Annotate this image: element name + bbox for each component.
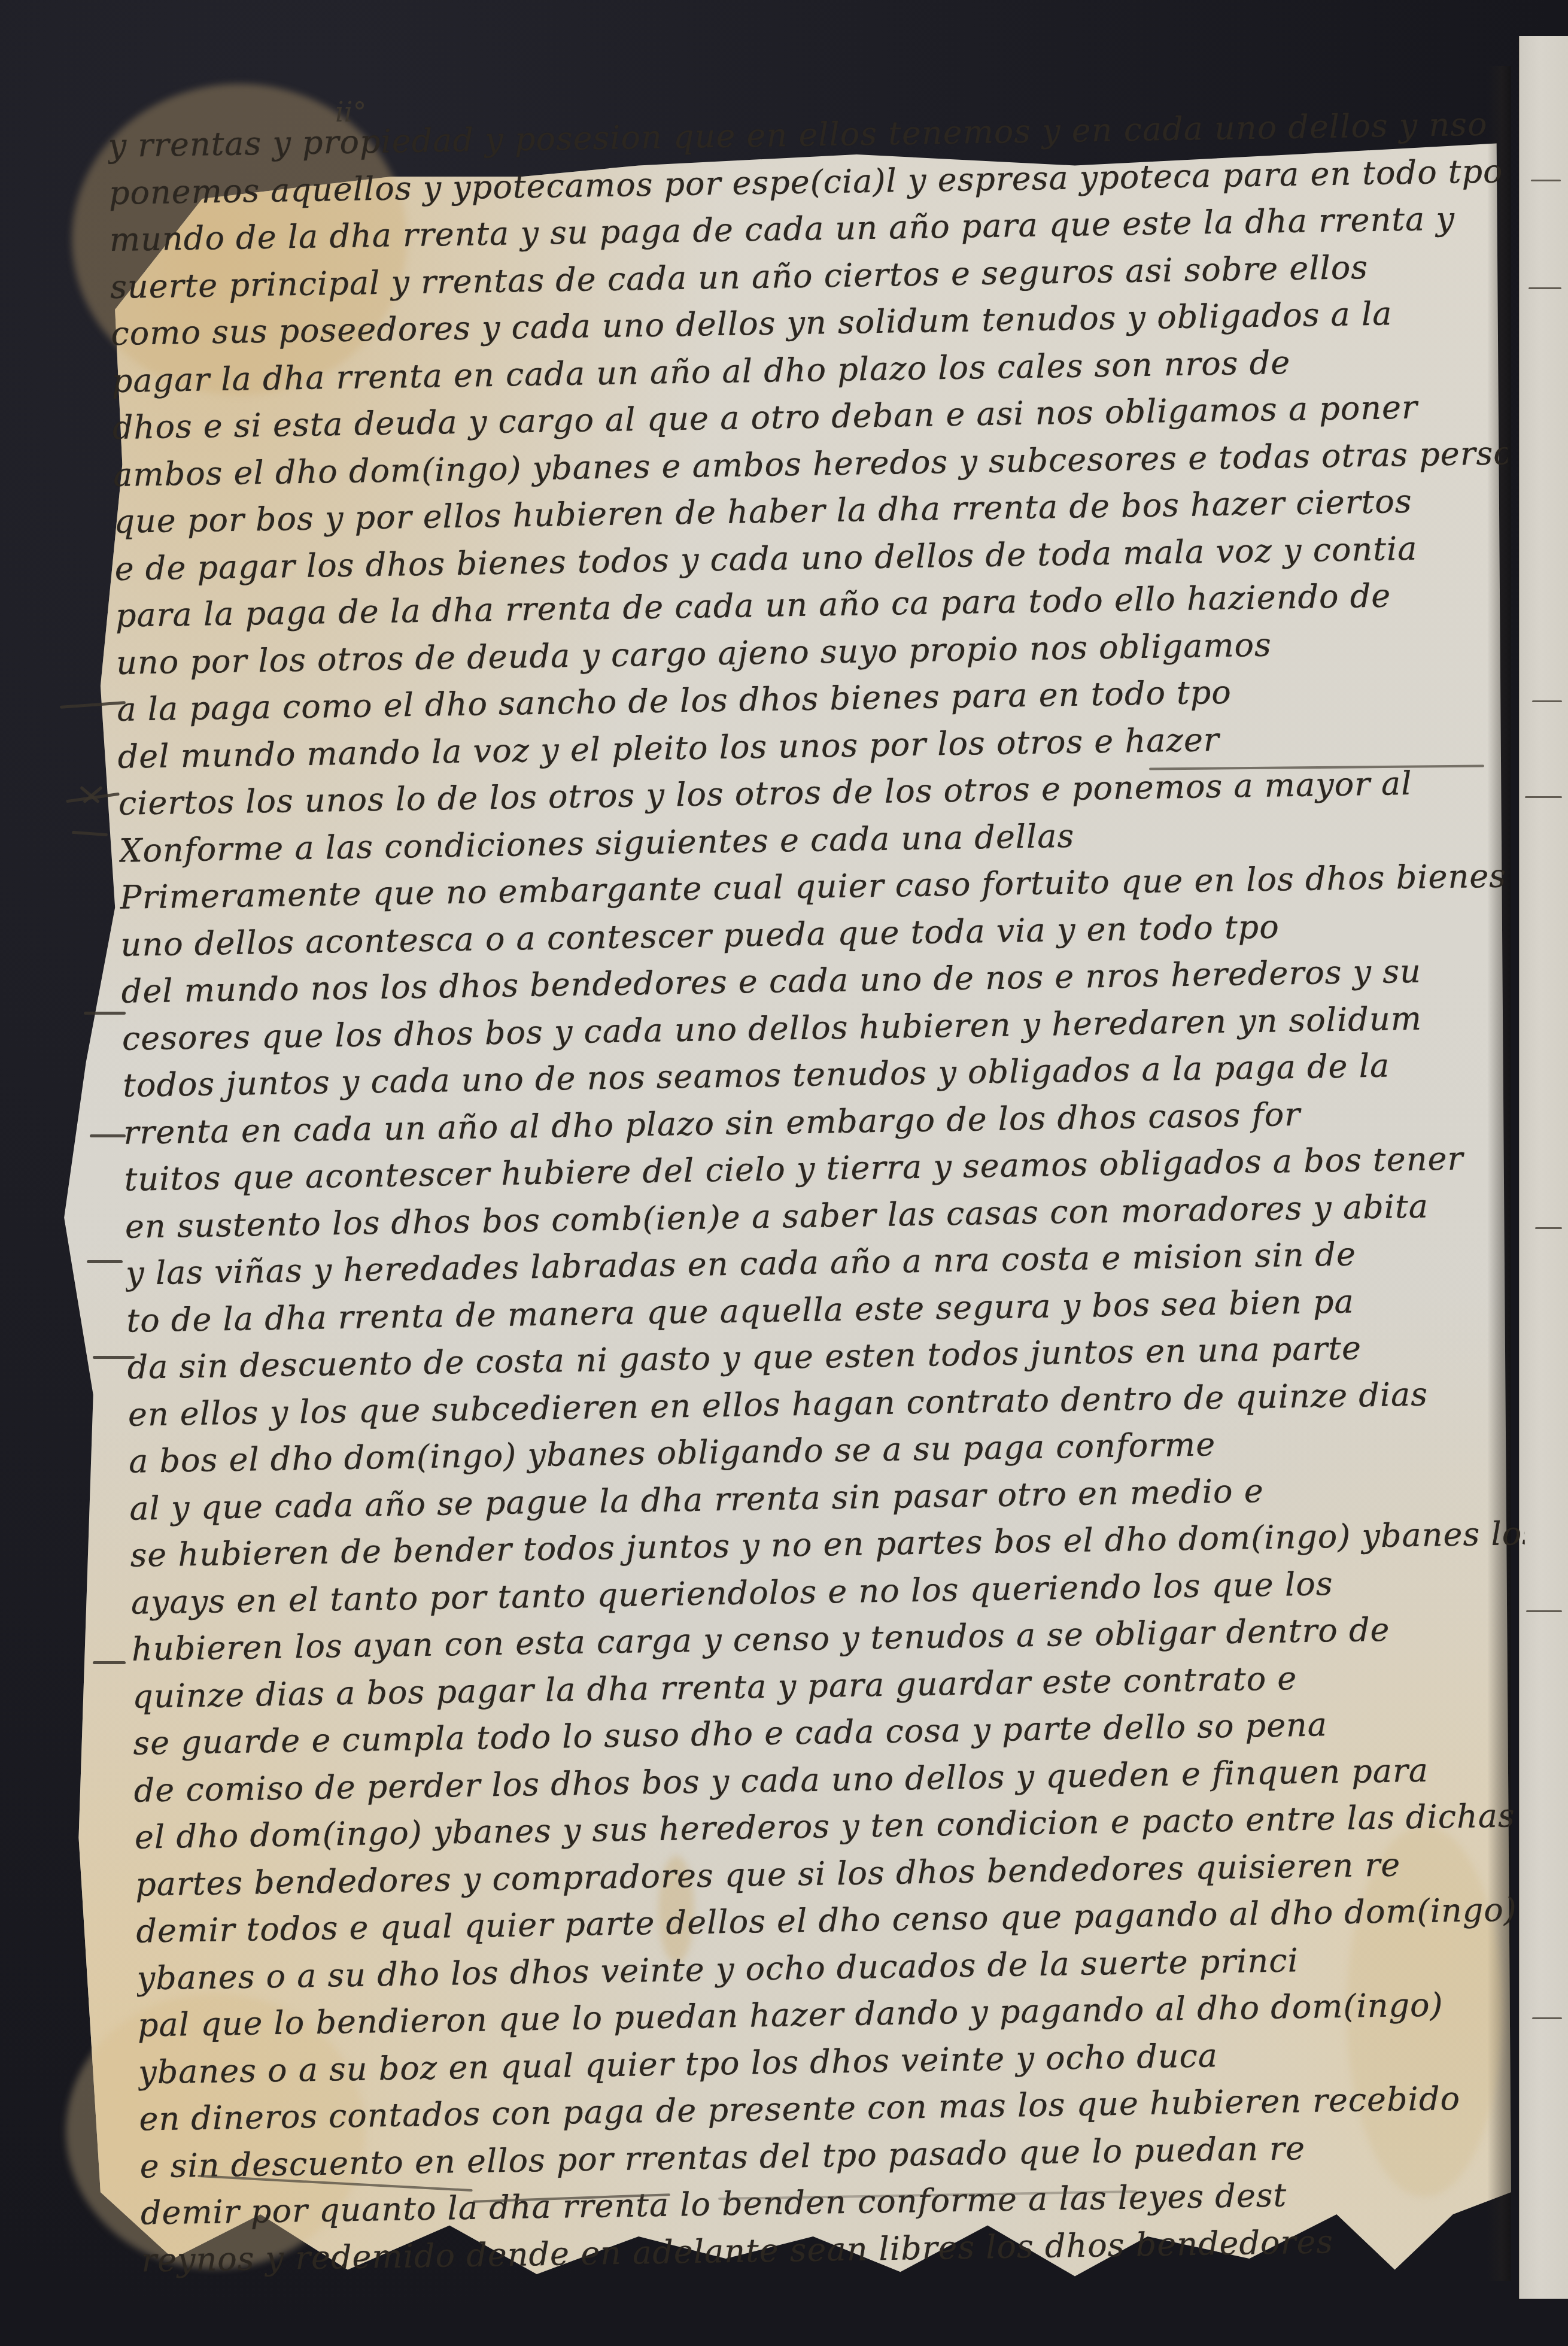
margin-flourish — [93, 1356, 135, 1359]
adjacent-ink-stroke — [1532, 700, 1562, 702]
adjacent-ink-stroke — [1535, 1227, 1562, 1229]
adjacent-ink-stroke — [1532, 2017, 1562, 2019]
manuscript-text-block: y rrentas y propiedad y posesion que en … — [108, 101, 1536, 2284]
adjacent-ink-stroke — [1529, 287, 1561, 289]
cross-margin-mark — [90, 1134, 126, 1137]
adjacent-ink-stroke — [1526, 1610, 1562, 1612]
adjacent-ink-stroke — [1525, 796, 1562, 798]
margin-flourish — [93, 1661, 126, 1664]
cross-margin-mark — [84, 1012, 126, 1015]
cross-margin-mark — [87, 1260, 123, 1263]
adjacent-ink-stroke — [1531, 180, 1561, 181]
